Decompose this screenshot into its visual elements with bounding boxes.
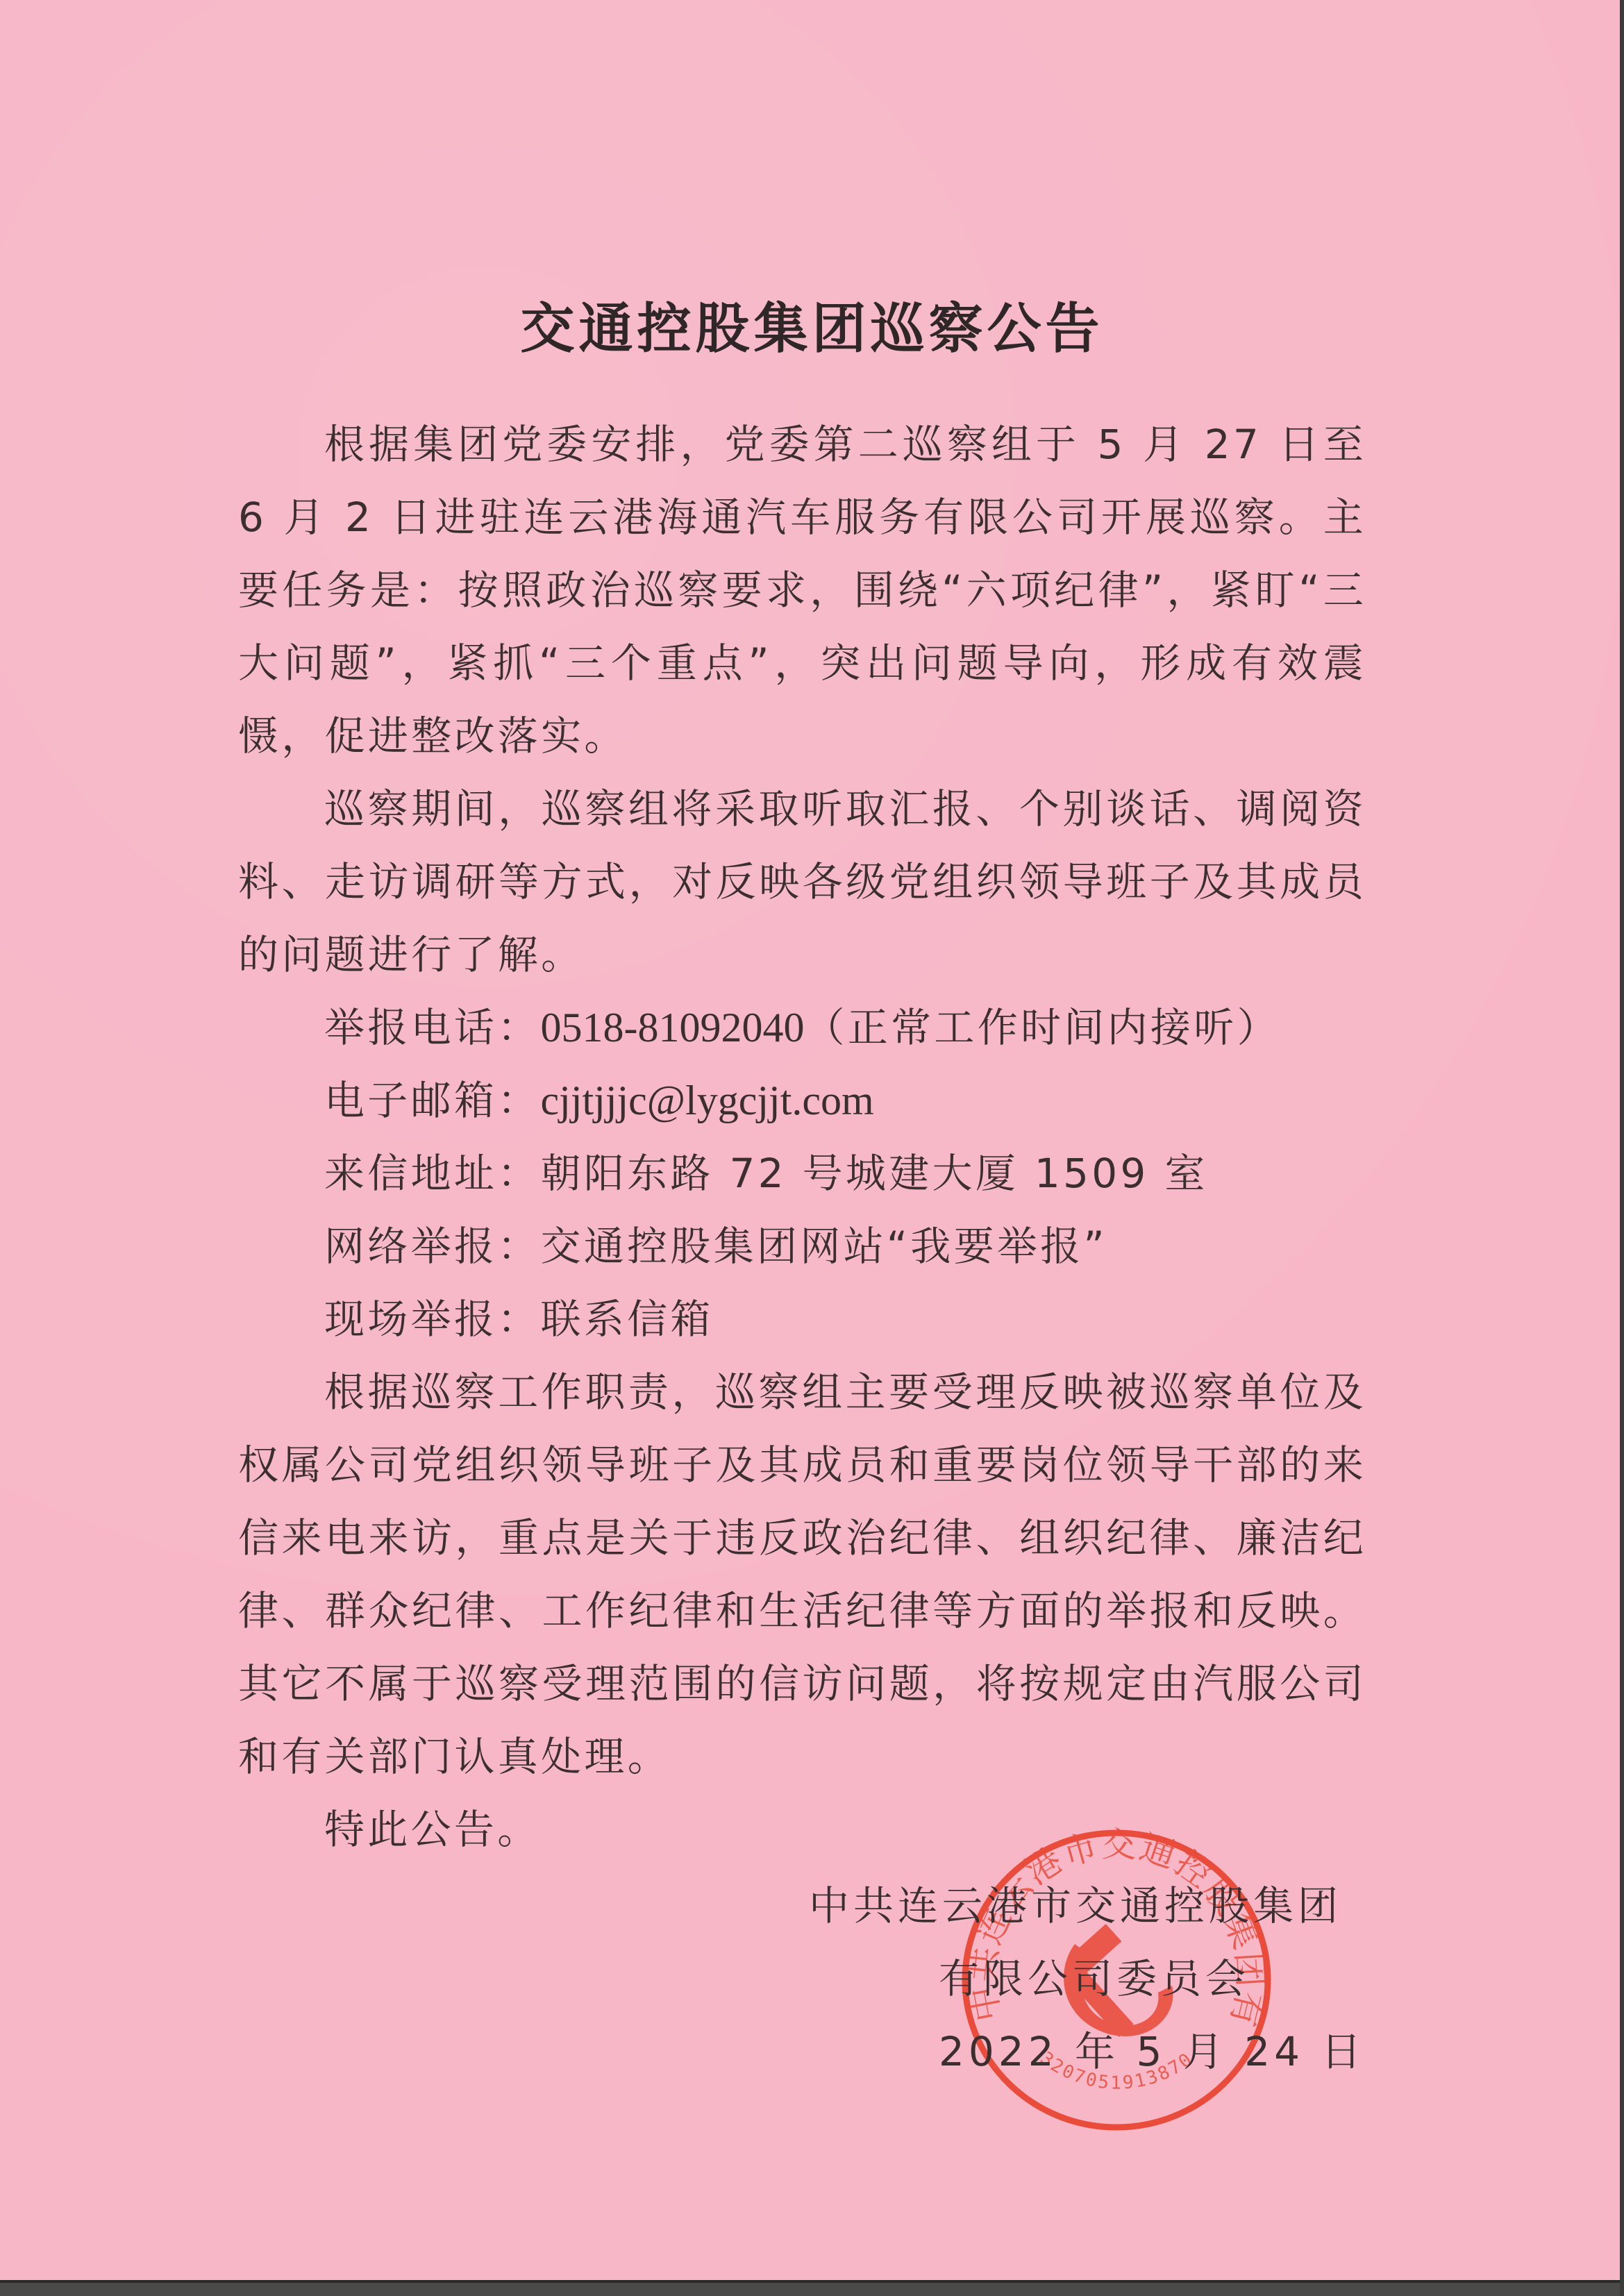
contact-phone-note: （正常工作时间内接听） [805,1004,1280,1051]
contact-onsite-label: 现场举报： [324,1296,541,1343]
scanner-right-edge [1620,0,1624,2296]
contact-onsite-value: 联系信箱 [541,1296,714,1343]
signature-date: 2022 年 5 月 24 日 [809,2016,1337,2088]
contact-email-value: cjjtjjjc@lygcjjt.com [541,1078,874,1123]
paragraph-scope: 根据巡察工作职责，巡察组主要受理反映被巡察单位及权属公司党组织领导班子及其成员和… [238,1356,1366,1793]
signature-org-line1: 中共连云港市交通控股集团 [809,1870,1337,1943]
contact-phone: 举报电话：0518-81092040（正常工作时间内接听） [238,991,1366,1064]
contact-online: 网络举报：交通控股集团网站“我要举报” [238,1210,1366,1283]
contact-address: 来信地址：朝阳东路 72 号城建大厦 1509 室 [238,1137,1366,1210]
contact-address-label: 来信地址： [324,1150,541,1197]
contact-phone-label: 举报电话： [324,1004,541,1051]
paragraph-methods: 巡察期间，巡察组将采取听取汇报、个别谈话、调阅资料、走访调研等方式，对反映各级党… [238,773,1366,991]
document-title: 交通控股集团巡察公告 [0,294,1624,364]
contact-email: 电子邮箱：cjjtjjjc@lygcjjt.com [238,1064,1366,1137]
contact-online-value: 交通控股集团网站“我要举报” [541,1223,1107,1270]
contact-onsite: 现场举报：联系信箱 [238,1283,1366,1356]
paragraph-intro: 根据集团党委安排，党委第二巡察组于 5 月 27 日至 6 月 2 日进驻连云港… [238,408,1366,773]
signature-org-line2: 有限公司委员会 [809,1943,1337,2016]
contact-email-label: 电子邮箱： [324,1077,541,1124]
contact-phone-value: 0518-81092040 [541,1005,805,1050]
contact-address-value: 朝阳东路 72 号城建大厦 1509 室 [541,1150,1208,1197]
document-body: 根据集团党委安排，党委第二巡察组于 5 月 27 日至 6 月 2 日进驻连云港… [238,408,1366,1866]
signature-block: 中共连云港市交通控股集团 有限公司委员会 2022 年 5 月 24 日 [809,1870,1337,2088]
contact-online-label: 网络举报： [324,1223,541,1270]
scanner-bottom-edge [0,2280,1624,2296]
